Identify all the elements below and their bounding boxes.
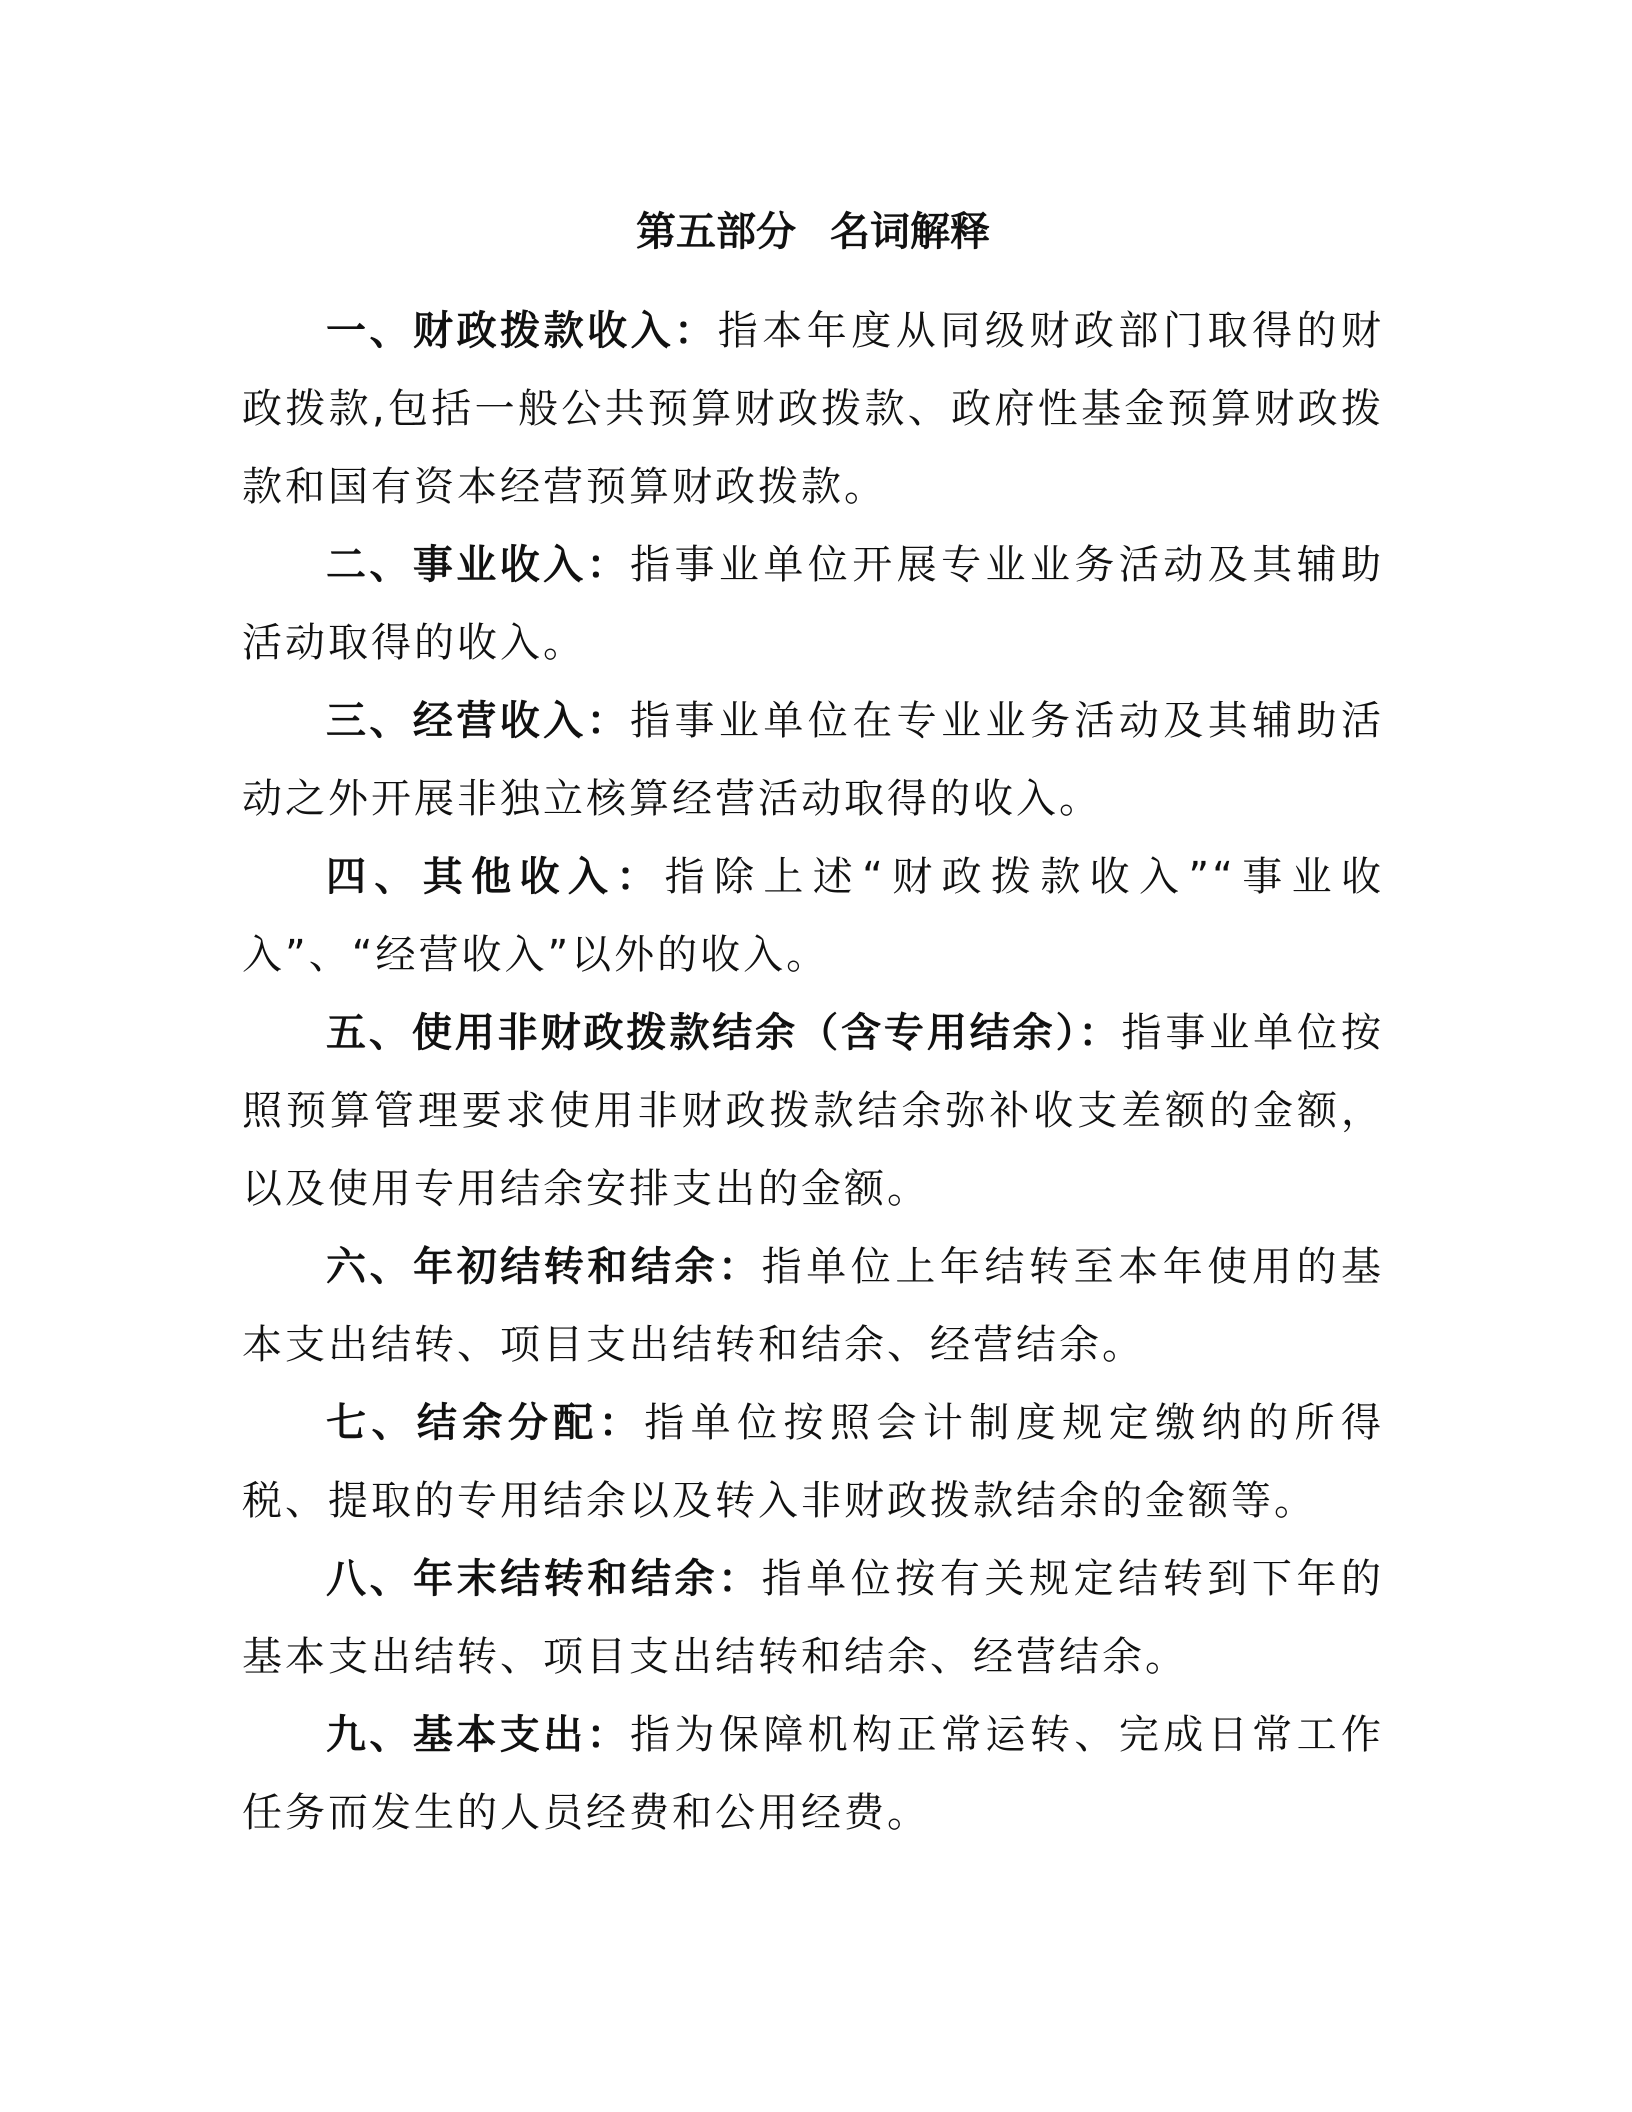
definition-item: 二、事业收入：指事业单位开展专业业务活动及其辅助活动取得的收入。 — [242, 526, 1384, 682]
definition-item: 七、结余分配：指单位按照会计制度规定缴纳的所得税、提取的专用结余以及转入非财政拨… — [242, 1384, 1384, 1540]
definition-term: 二、事业收入： — [326, 542, 630, 588]
definition-item: 三、经营收入：指事业单位在专业业务活动及其辅助活动之外开展非独立核算经营活动取得… — [242, 682, 1384, 838]
definition-item: 六、年初结转和结余：指单位上年结转至本年使用的基本支出结转、项目支出结转和结余、… — [242, 1228, 1384, 1384]
definition-item: 九、基本支出：指为保障机构正常运转、完成日常工作任务而发生的人员经费和公用经费。 — [242, 1696, 1384, 1852]
definition-term: 八、年末结转和结余： — [326, 1556, 762, 1602]
definition-term: 四、其他收入： — [326, 854, 665, 900]
definition-item: 一、财政拨款收入：指本年度从同级财政部门取得的财政拨款,包括一般公共预算财政拨款… — [242, 292, 1384, 526]
page-title: 第五部分名词解释 — [242, 206, 1384, 258]
definition-term: 七、结余分配： — [326, 1400, 644, 1446]
definition-term: 三、经营收入： — [326, 698, 630, 744]
definition-term: 一、财政拨款收入： — [326, 308, 718, 354]
title-part: 第五部分 — [636, 208, 796, 255]
definition-term: 六、年初结转和结余： — [326, 1244, 762, 1290]
definition-term: 九、基本支出： — [326, 1712, 630, 1758]
definition-item: 八、年末结转和结余：指单位按有关规定结转到下年的基本支出结转、项目支出结转和结余… — [242, 1540, 1384, 1696]
definition-term: 五、使用非财政拨款结余（含专用结余）： — [326, 1010, 1121, 1056]
definition-item: 五、使用非财政拨款结余（含专用结余）：指事业单位按照预算管理要求使用非财政拨款结… — [242, 994, 1384, 1228]
definition-item: 四、其他收入：指除上述“财政拨款收入”“事业收入”、“经营收入”以外的收入。 — [242, 838, 1384, 994]
definitions-list: 一、财政拨款收入：指本年度从同级财政部门取得的财政拨款,包括一般公共预算财政拨款… — [242, 292, 1384, 1852]
title-name: 名词解释 — [830, 208, 990, 255]
